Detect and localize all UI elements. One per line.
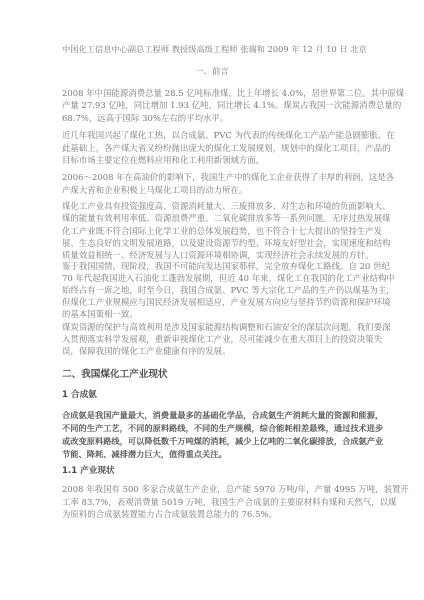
paragraph-line: 目标市场主要定位在燃料应用和化工利用新领域方面。 xyxy=(62,155,264,165)
paragraph-line: 质量效益相统一、经济发展与人口资源环境相协调，实现经济社会永续发展的方针。 xyxy=(62,250,374,260)
paragraph-line: 或改变原料路线，可以降低数千万吨煤的消耗，减少上亿吨的二氧化碳排放，合成氨产业 xyxy=(62,436,383,446)
paragraph-line: 化工产业既不符合国际上化学工业的总体发展趋势，也不符合十七大提出的坚持生产发 xyxy=(62,226,382,236)
paragraph-line: 产量 27.93 亿吨，同比增加 1.93 亿吨，同比增长 4.1%。煤炭占我国… xyxy=(62,100,401,110)
paragraph-line: 工率 83.7%，表观消费量 5019 万吨，我国生产合成氨的主要原材料有煤和天… xyxy=(62,497,397,507)
subsection-title-ammonia: 1 合成氨 xyxy=(62,388,97,400)
paragraph-line: 此基础上，各产煤大省又纷纷抛出庞大的煤化工发展规划，规划中的煤化工项目，产品的 xyxy=(62,143,391,153)
section-title-preface: 一、前言 xyxy=(0,66,424,76)
paragraph-line: 始终占有一席之地，时至今日，我国合成氨、PVC 等大宗化工产品的生产仍以煤基为主… xyxy=(62,285,395,295)
paragraph-line: 合成氨是我国产量最大，消费量最多的基础化学品，合成氨生产消耗大量的资源和能源， xyxy=(62,410,383,420)
paragraph-line: 产煤大省和企业积极上马煤化工项目的动力所在。 xyxy=(62,185,247,195)
paragraph-line: 68.7%，远高于国际 30%左右的平均水平。 xyxy=(62,113,228,123)
paragraph-line: 但煤化工产业规模应与国民经济发展相适应，产业发展方向应与坚持节约资源和保护环境 xyxy=(62,297,391,307)
paragraph-line: 煤炭资源的保护与高效利用是涉及国家能源结构调整和石油安全的深层次问题，我们要深 xyxy=(62,322,391,332)
section-title-industry-status: 二、我国煤化工产业现状 xyxy=(62,366,168,380)
paragraph-line: 误，保障我国的煤化工产业健康有序的发展。 xyxy=(62,346,231,356)
paragraph-line: 节能、降耗、减排潜力巨大，值得重点关注。 xyxy=(62,449,227,459)
paragraph-line: 入贯彻落实科学发展观，重新审视煤化工产业，尽可能减少在重大项目上的投资决策失 xyxy=(62,334,382,344)
paragraph-line: 不同的生产工艺，不同的原料路线，不同的生产规模，综合能耗相差悬殊，通过技术进步 xyxy=(62,423,383,433)
subsection-title-industry-status: 1.1 产业现状 xyxy=(62,464,115,476)
paragraph-line: 近几年我国兴起了煤化工热，以合成氨、PVC 为代表的传统煤化工产品产能急剧膨胀，… xyxy=(62,130,395,140)
paragraph-line: 鉴于我国国情，现阶段，我国不可能向发达国家那样，完全放弃煤化工路线。自 20 世… xyxy=(62,261,390,271)
paragraph-line: 煤的能量有效利用率低、资源浪费严重、二氧化碳排放多等一系列问题。无序过热发展煤 xyxy=(62,213,391,223)
author-byline: 中国化工信息中心副总工程师 教授级高级工程师 张瑞和 2009 年 12 月 1… xyxy=(62,44,367,54)
paragraph-line: 展、生态良好的文明发展道路，以及建设资源节约型、环境友好型社会，实现速度和结构 xyxy=(62,238,391,248)
paragraph-line: 的基本国策相一致。 xyxy=(62,309,138,319)
paragraph-line: 为原料的合成氨装置能力占合成氨装置总能力的 76.5%。 xyxy=(62,509,277,519)
paragraph-line: 2008 年中国能源消费总量 28.5 亿吨标准煤，比上年增长 4.0%，居世界… xyxy=(62,88,404,98)
paragraph-line: 70 年代起我国进入石油化工蓬勃发展期，但近 40 年来，煤化工在我国的化工产业… xyxy=(62,273,395,283)
paragraph-line: 2008 年我国有 500 多家合成氨生产企业，总产能 5970 万吨/年，产量… xyxy=(62,484,409,494)
paragraph-line: 煤化工产业具有投资强度高、资源消耗量大、三废排放多、对生态和环境的负面影响大、 xyxy=(62,201,391,211)
document-page: 中国化工信息中心副总工程师 教授级高级工程师 张瑞和 2009 年 12 月 1… xyxy=(0,0,424,600)
paragraph-line: 2006～2008 年在高油价的影响下，我国生产中的煤化工企业获得了丰厚的利润，… xyxy=(62,172,394,182)
